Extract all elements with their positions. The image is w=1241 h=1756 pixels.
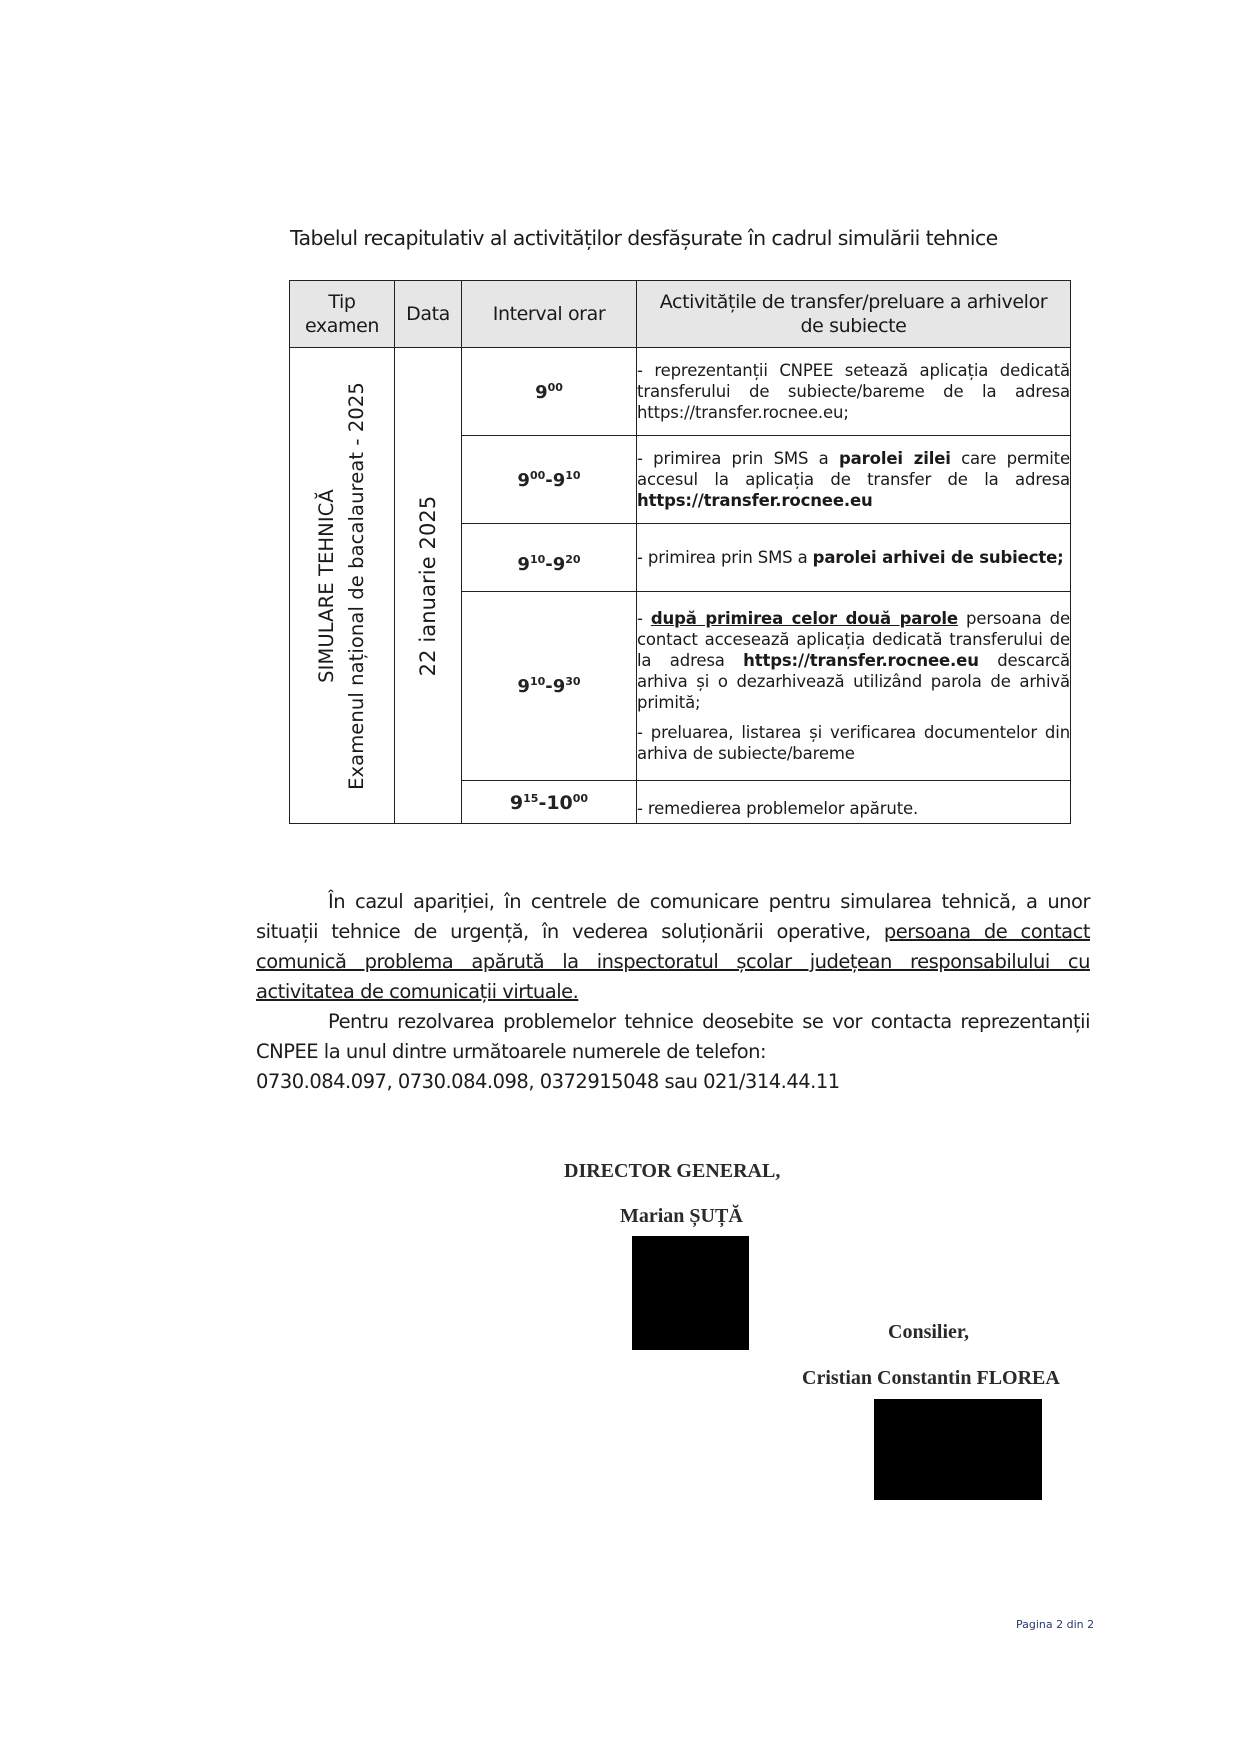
recap-table: Tip examen Data Interval orar Activități… xyxy=(289,280,1071,824)
activity-cell: - reprezentanții CNPEE setează aplicația… xyxy=(637,348,1071,436)
exam-type-line1: SIMULARE TEHNICĂ xyxy=(312,382,342,790)
time-interval: 910-930 xyxy=(462,592,637,781)
redacted-signature-director xyxy=(632,1236,749,1350)
activity-text: - primirea prin SMS a parolei arhivei de… xyxy=(637,547,1070,568)
phone-numbers: 0730.084.097, 0730.084.098, 0372915048 s… xyxy=(256,1067,1090,1097)
time-interval: 900 xyxy=(462,348,637,436)
header-data: Data xyxy=(395,281,462,348)
page-number: Pagina 2 din 2 xyxy=(1016,1618,1094,1631)
activity-cell: - primirea prin SMS a parolei arhivei de… xyxy=(637,524,1071,592)
exam-date: 22 ianuarie 2025 xyxy=(413,495,443,676)
header-tip-examen: Tip examen xyxy=(290,281,395,348)
header-interval-orar: Interval orar xyxy=(462,281,637,348)
activity-cell: - remedierea problemelor apărute. xyxy=(637,781,1071,824)
cell-tip-examen: SIMULARE TEHNICĂ Examenul național de ba… xyxy=(290,348,395,824)
activity-text: - remedierea problemelor apărute. xyxy=(637,798,1070,819)
activity-text: - reprezentanții CNPEE setează aplicația… xyxy=(637,360,1070,423)
time-interval: 915-1000 xyxy=(462,781,637,824)
activity-text: - primirea prin SMS a parolei zilei care… xyxy=(637,448,1070,511)
time-interval: 910-920 xyxy=(462,524,637,592)
director-name: Marian ȘUȚĂ xyxy=(620,1205,743,1228)
activity-cell: - primirea prin SMS a parolei zilei care… xyxy=(637,436,1071,524)
cell-data: 22 ianuarie 2025 xyxy=(395,348,462,824)
redacted-signature-consilier xyxy=(874,1399,1042,1500)
document-title: Tabelul recapitulativ al activităților d… xyxy=(290,226,1080,250)
table-row: SIMULARE TEHNICĂ Examenul național de ba… xyxy=(290,348,1071,436)
transfer-link: https://transfer.rocnee.eu xyxy=(743,651,979,670)
transfer-link: https://transfer.rocnee.eu xyxy=(637,491,873,510)
exam-type-line2: Examenul național de bacalaureat - 2025 xyxy=(342,382,372,790)
activity-cell: - după primirea celor două parole persoa… xyxy=(637,592,1071,781)
paragraph-contacts: Pentru rezolvarea problemelor tehnice de… xyxy=(256,1007,1090,1097)
header-activitati: Activitățile de transfer/preluare a arhi… xyxy=(637,281,1071,348)
consilier-title: Consilier, xyxy=(888,1321,969,1344)
paragraph-emergency: În cazul apariției, în centrele de comun… xyxy=(256,887,1090,1007)
activity-text: - după primirea celor două parole persoa… xyxy=(637,608,1070,713)
director-title: DIRECTOR GENERAL, xyxy=(564,1160,780,1183)
activity-text: - preluarea, listarea și verificarea doc… xyxy=(637,722,1070,764)
table-header-row: Tip examen Data Interval orar Activități… xyxy=(290,281,1071,348)
consilier-name: Cristian Constantin FLOREA xyxy=(802,1367,1060,1390)
time-interval: 900-910 xyxy=(462,436,637,524)
